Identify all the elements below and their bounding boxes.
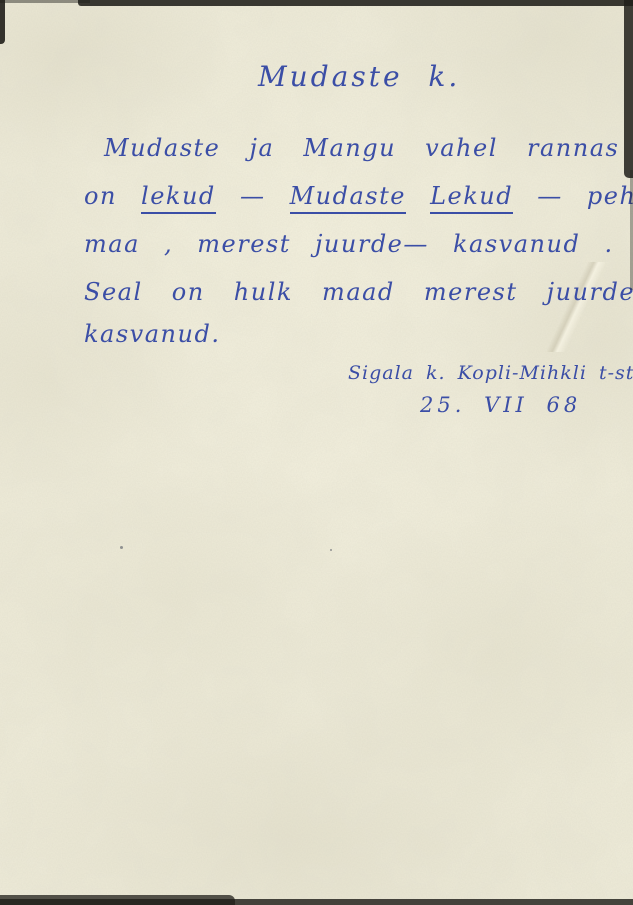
note-line-2-underlined-word: Mudaste: [290, 182, 406, 214]
note-line-3: maa , merest juurde— kasvanud .: [84, 230, 614, 258]
note-signature-date: 25. VII 68: [420, 393, 581, 417]
note-line-2-dash: —: [537, 182, 563, 210]
note-title: Mudaste k.: [258, 60, 460, 93]
scan-edge-corner-top-left: [0, 0, 5, 44]
note-line-1: Mudaste ja Mangu vahel rannas: [104, 134, 619, 162]
note-line-2-underlined-word: Lekud: [430, 182, 513, 214]
note-line-4: Seal on hulk maad merest juurde: [84, 278, 633, 306]
scan-edge-bottom-left: [0, 895, 235, 905]
note-line-5: kasvanud.: [84, 320, 220, 348]
paper-crease: [513, 262, 633, 352]
scanned-note-page: Mudaste k. Mudaste ja Mangu vahel rannas…: [0, 0, 633, 905]
scan-edge-right: [624, 0, 633, 178]
scan-edge-top-left-fade: [0, 0, 90, 3]
note-line-2-underlined-word: lekud: [141, 182, 216, 214]
ink-speck: [120, 546, 123, 549]
note-line-2-dash: —: [240, 182, 266, 210]
note-line-2-word: pehme: [587, 182, 633, 210]
note-line-2: on lekud — Mudaste Lekud — pehme: [84, 182, 633, 210]
scan-edge-top: [78, 0, 633, 6]
note-signature-place: Sigala k. Kopli-Mihkli t-st: [348, 362, 633, 384]
note-line-2-word: on: [84, 182, 117, 210]
ink-speck: [330, 549, 332, 551]
